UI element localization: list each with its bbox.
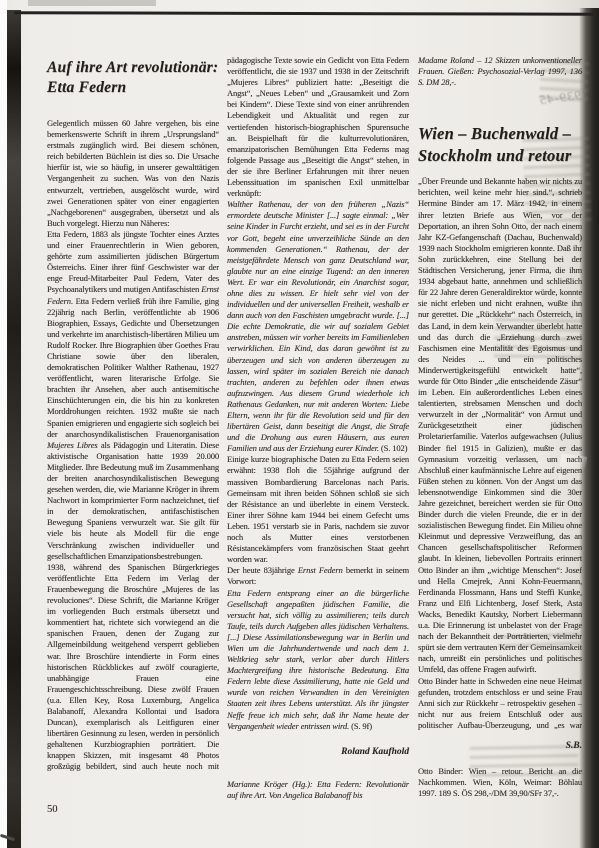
paragraph: 1938, während des Spanischen Bürgerkrieg… bbox=[47, 562, 219, 774]
block-quote: Etta Federn entsprang einer an die bürge… bbox=[227, 588, 409, 732]
reviewer-signature-left-article: Roland Kaufhold bbox=[227, 747, 409, 757]
article-title-left: Auf ihre Art revolutionär: Etta Federn bbox=[47, 58, 219, 98]
paragraph: „Über Freunde und Bekannte haben wir nic… bbox=[418, 176, 582, 675]
left-column: Auf ihre Art revolutionär: Etta Federn G… bbox=[47, 58, 219, 774]
middle-column-body: pädagogische Texte sowie ein Gedicht von… bbox=[227, 55, 409, 732]
scanned-journal-page: 1939-45 Auf ihre Art revolutionär: Etta … bbox=[0, 0, 599, 848]
paragraph: Gelegentlich müssen 60 Jahre vergehen, b… bbox=[47, 118, 219, 229]
scan-edge-white bbox=[0, 0, 7, 848]
text-run-italic: Etta Federn entsprang einer an die bürge… bbox=[227, 588, 409, 731]
scan-smudge-top-left bbox=[28, 0, 156, 6]
text-run: als Pädagogin und Literatin. Diese aktiv… bbox=[47, 440, 219, 561]
book-citation-right-article: Otto Binder: Wien – retour. Bericht an d… bbox=[418, 766, 582, 799]
text-run: Der heute 83jährige bbox=[227, 565, 298, 575]
book-citation-left-article: Marianne Kröger (Hg.): Etta Federn: Revo… bbox=[227, 779, 409, 801]
paragraph: Der heute 83jährige Ernst Federn bemerkt… bbox=[227, 565, 409, 587]
page-reference: (S. 9f) bbox=[349, 721, 372, 731]
reviewer-signature-right-article: S.B. bbox=[418, 741, 582, 751]
right-column: Madame Roland – 12 Skizzen unkonventione… bbox=[418, 55, 582, 732]
page-number: 50 bbox=[47, 804, 58, 815]
text-run-italic: Walther Rathenau, der von den früheren „… bbox=[227, 199, 409, 453]
text-run-italic: Ernst Federn bbox=[298, 565, 343, 575]
article-title-right-line2: Stockholm und retour bbox=[418, 145, 582, 167]
text-run-italic: Mujeres Libres bbox=[47, 440, 98, 450]
paragraph: Etta Federn, 1883 als jüngste Tochter ei… bbox=[47, 229, 219, 562]
page-reference: (S. 102) bbox=[379, 443, 407, 453]
right-column-body: „Über Freunde und Bekannte haben wir nic… bbox=[418, 176, 582, 732]
paragraph: Einige kurze biographische Daten zu Etta… bbox=[227, 454, 409, 565]
text-run: . Etta Federn verließ früh ihre Familie,… bbox=[47, 296, 219, 439]
article-title-right: Wien – Buchenwald – Stockholm und retour bbox=[418, 123, 582, 167]
article-title-left-line1: Auf ihre Art revolutionär: bbox=[47, 58, 219, 78]
article-title-left-line2: Etta Federn bbox=[47, 78, 219, 98]
middle-column: pädagogische Texte sowie ein Gedicht von… bbox=[227, 55, 409, 732]
paragraph: Otto Binder hatte in Schweden eine neue … bbox=[418, 676, 582, 733]
scan-page-edge-top bbox=[14, 11, 593, 16]
scan-spine-shadow-left bbox=[7, 10, 21, 848]
left-column-body: Gelegentlich müssen 60 Jahre vergehen, b… bbox=[47, 98, 219, 774]
text-run: Etta Federn, 1883 als jüngste Tochter ei… bbox=[47, 229, 219, 294]
block-quote: Walther Rathenau, der von den früheren „… bbox=[227, 199, 409, 454]
paragraph: pädagogische Texte sowie ein Gedicht von… bbox=[227, 55, 409, 199]
article-title-right-line1: Wien – Buchenwald – bbox=[418, 123, 582, 145]
book-citation-top: Madame Roland – 12 Skizzen unkonventione… bbox=[418, 55, 582, 88]
